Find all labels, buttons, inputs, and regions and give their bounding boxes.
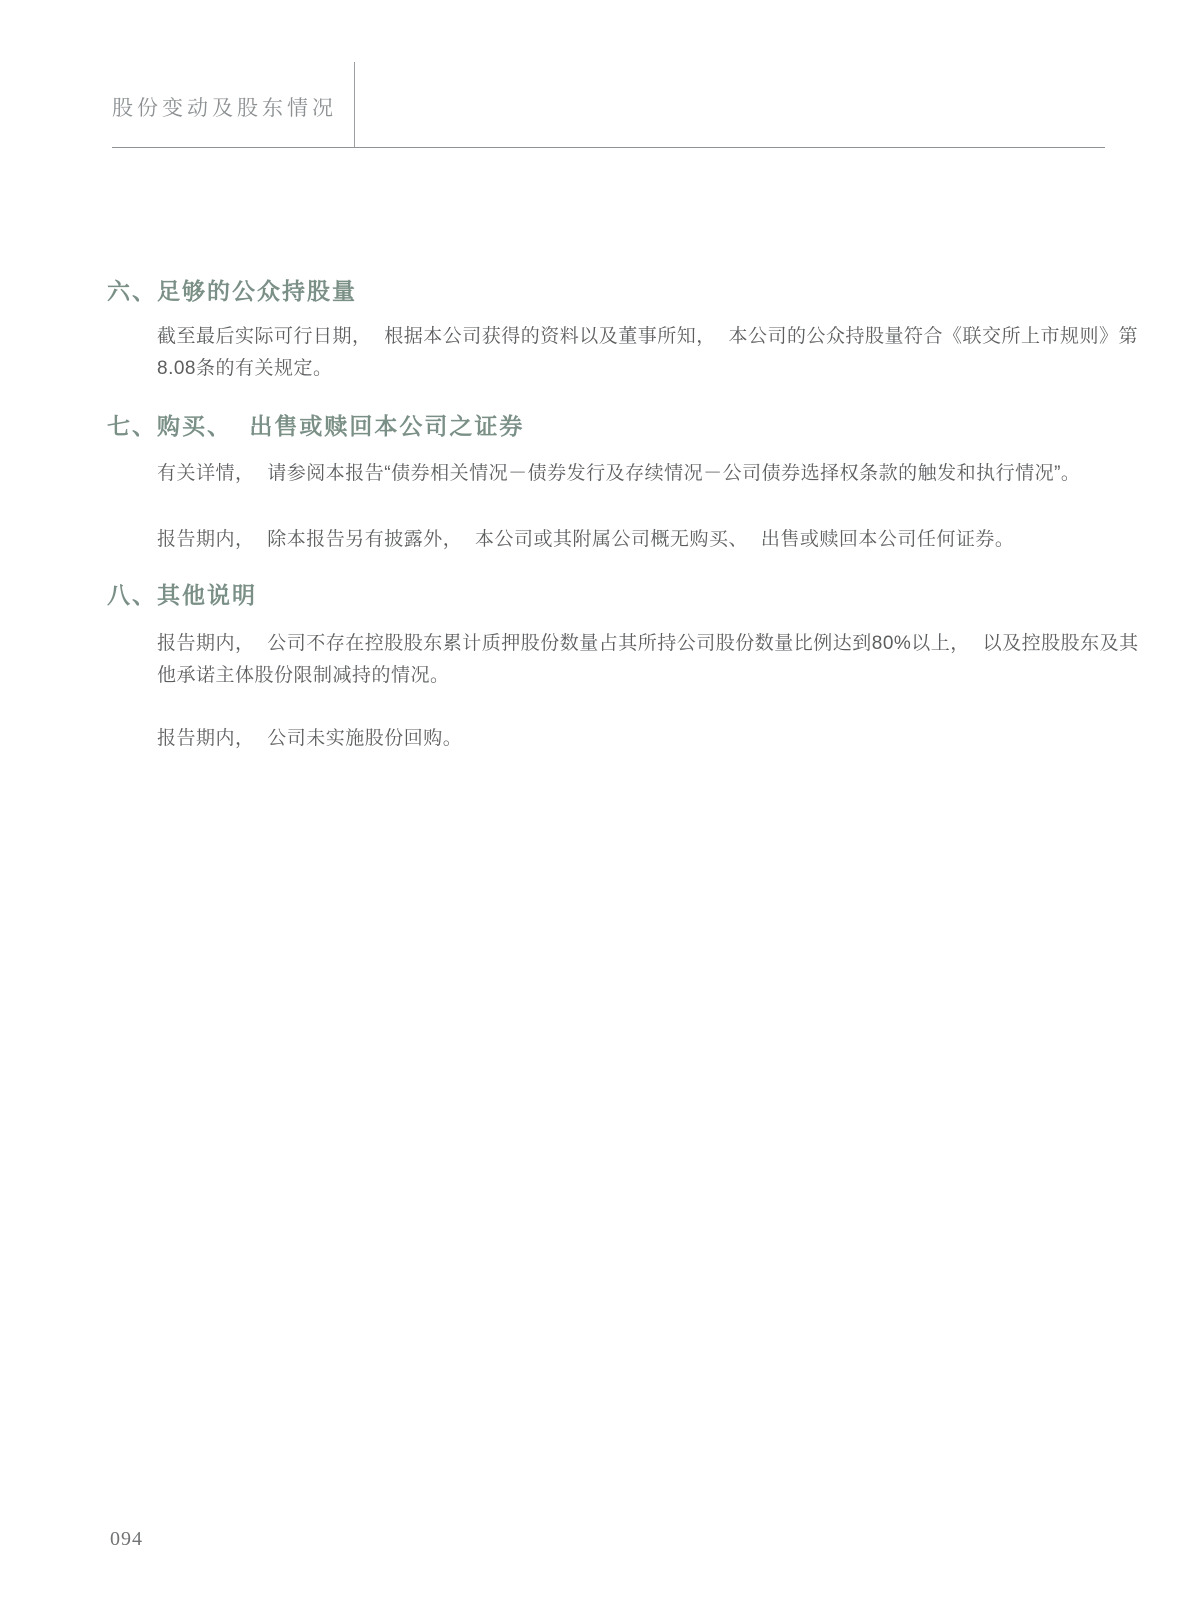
section-heading-8: 八、其他说明: [107, 580, 257, 610]
paragraph: 报告期内， 除本报告另有披露外， 本公司或其附属公司概无购买、 出售或赎回本公司…: [157, 524, 1117, 556]
paragraph-line: 报告期内， 公司不存在控股股东累计质押股份数量占其所持公司股份数量比例达到80%…: [157, 628, 1117, 660]
paragraph: 报告期内， 公司不存在控股股东累计质押股份数量占其所持公司股份数量比例达到80%…: [157, 628, 1117, 692]
paragraph-line: 报告期内， 除本报告另有披露外， 本公司或其附属公司概无购买、 出售或赎回本公司…: [157, 524, 1117, 556]
paragraph: 报告期内， 公司未实施股份回购。: [157, 723, 1117, 755]
chapter-title: 股份变动及股东情况: [112, 93, 337, 123]
page-number: 094: [110, 1528, 143, 1550]
paragraph-line: 8.08条的有关规定。: [157, 353, 1117, 385]
paragraph-line: 报告期内， 公司未实施股份回购。: [157, 723, 1117, 755]
header-vertical-divider: [354, 62, 355, 147]
paragraph-line: 他承诺主体股份限制减持的情况。: [157, 660, 1117, 692]
header-horizontal-rule: [112, 147, 1105, 148]
paragraph: 截至最后实际可行日期， 根据本公司获得的资料以及董事所知， 本公司的公众持股量符…: [157, 321, 1117, 385]
section-heading-7: 七、购买、 出售或赎回本公司之证券: [107, 411, 524, 441]
paragraph-line: 截至最后实际可行日期， 根据本公司获得的资料以及董事所知， 本公司的公众持股量符…: [157, 321, 1117, 353]
document-page: 股份变动及股东情况 六、足够的公众持股量 截至最后实际可行日期， 根据本公司获得…: [0, 0, 1190, 1615]
paragraph: 有关详情， 请参阅本报告“债券相关情况－债券发行及存续情况－公司债券选择权条款的…: [157, 458, 1117, 490]
paragraph-line: 有关详情， 请参阅本报告“债券相关情况－债券发行及存续情况－公司债券选择权条款的…: [157, 458, 1117, 490]
section-heading-6: 六、足够的公众持股量: [107, 276, 357, 306]
